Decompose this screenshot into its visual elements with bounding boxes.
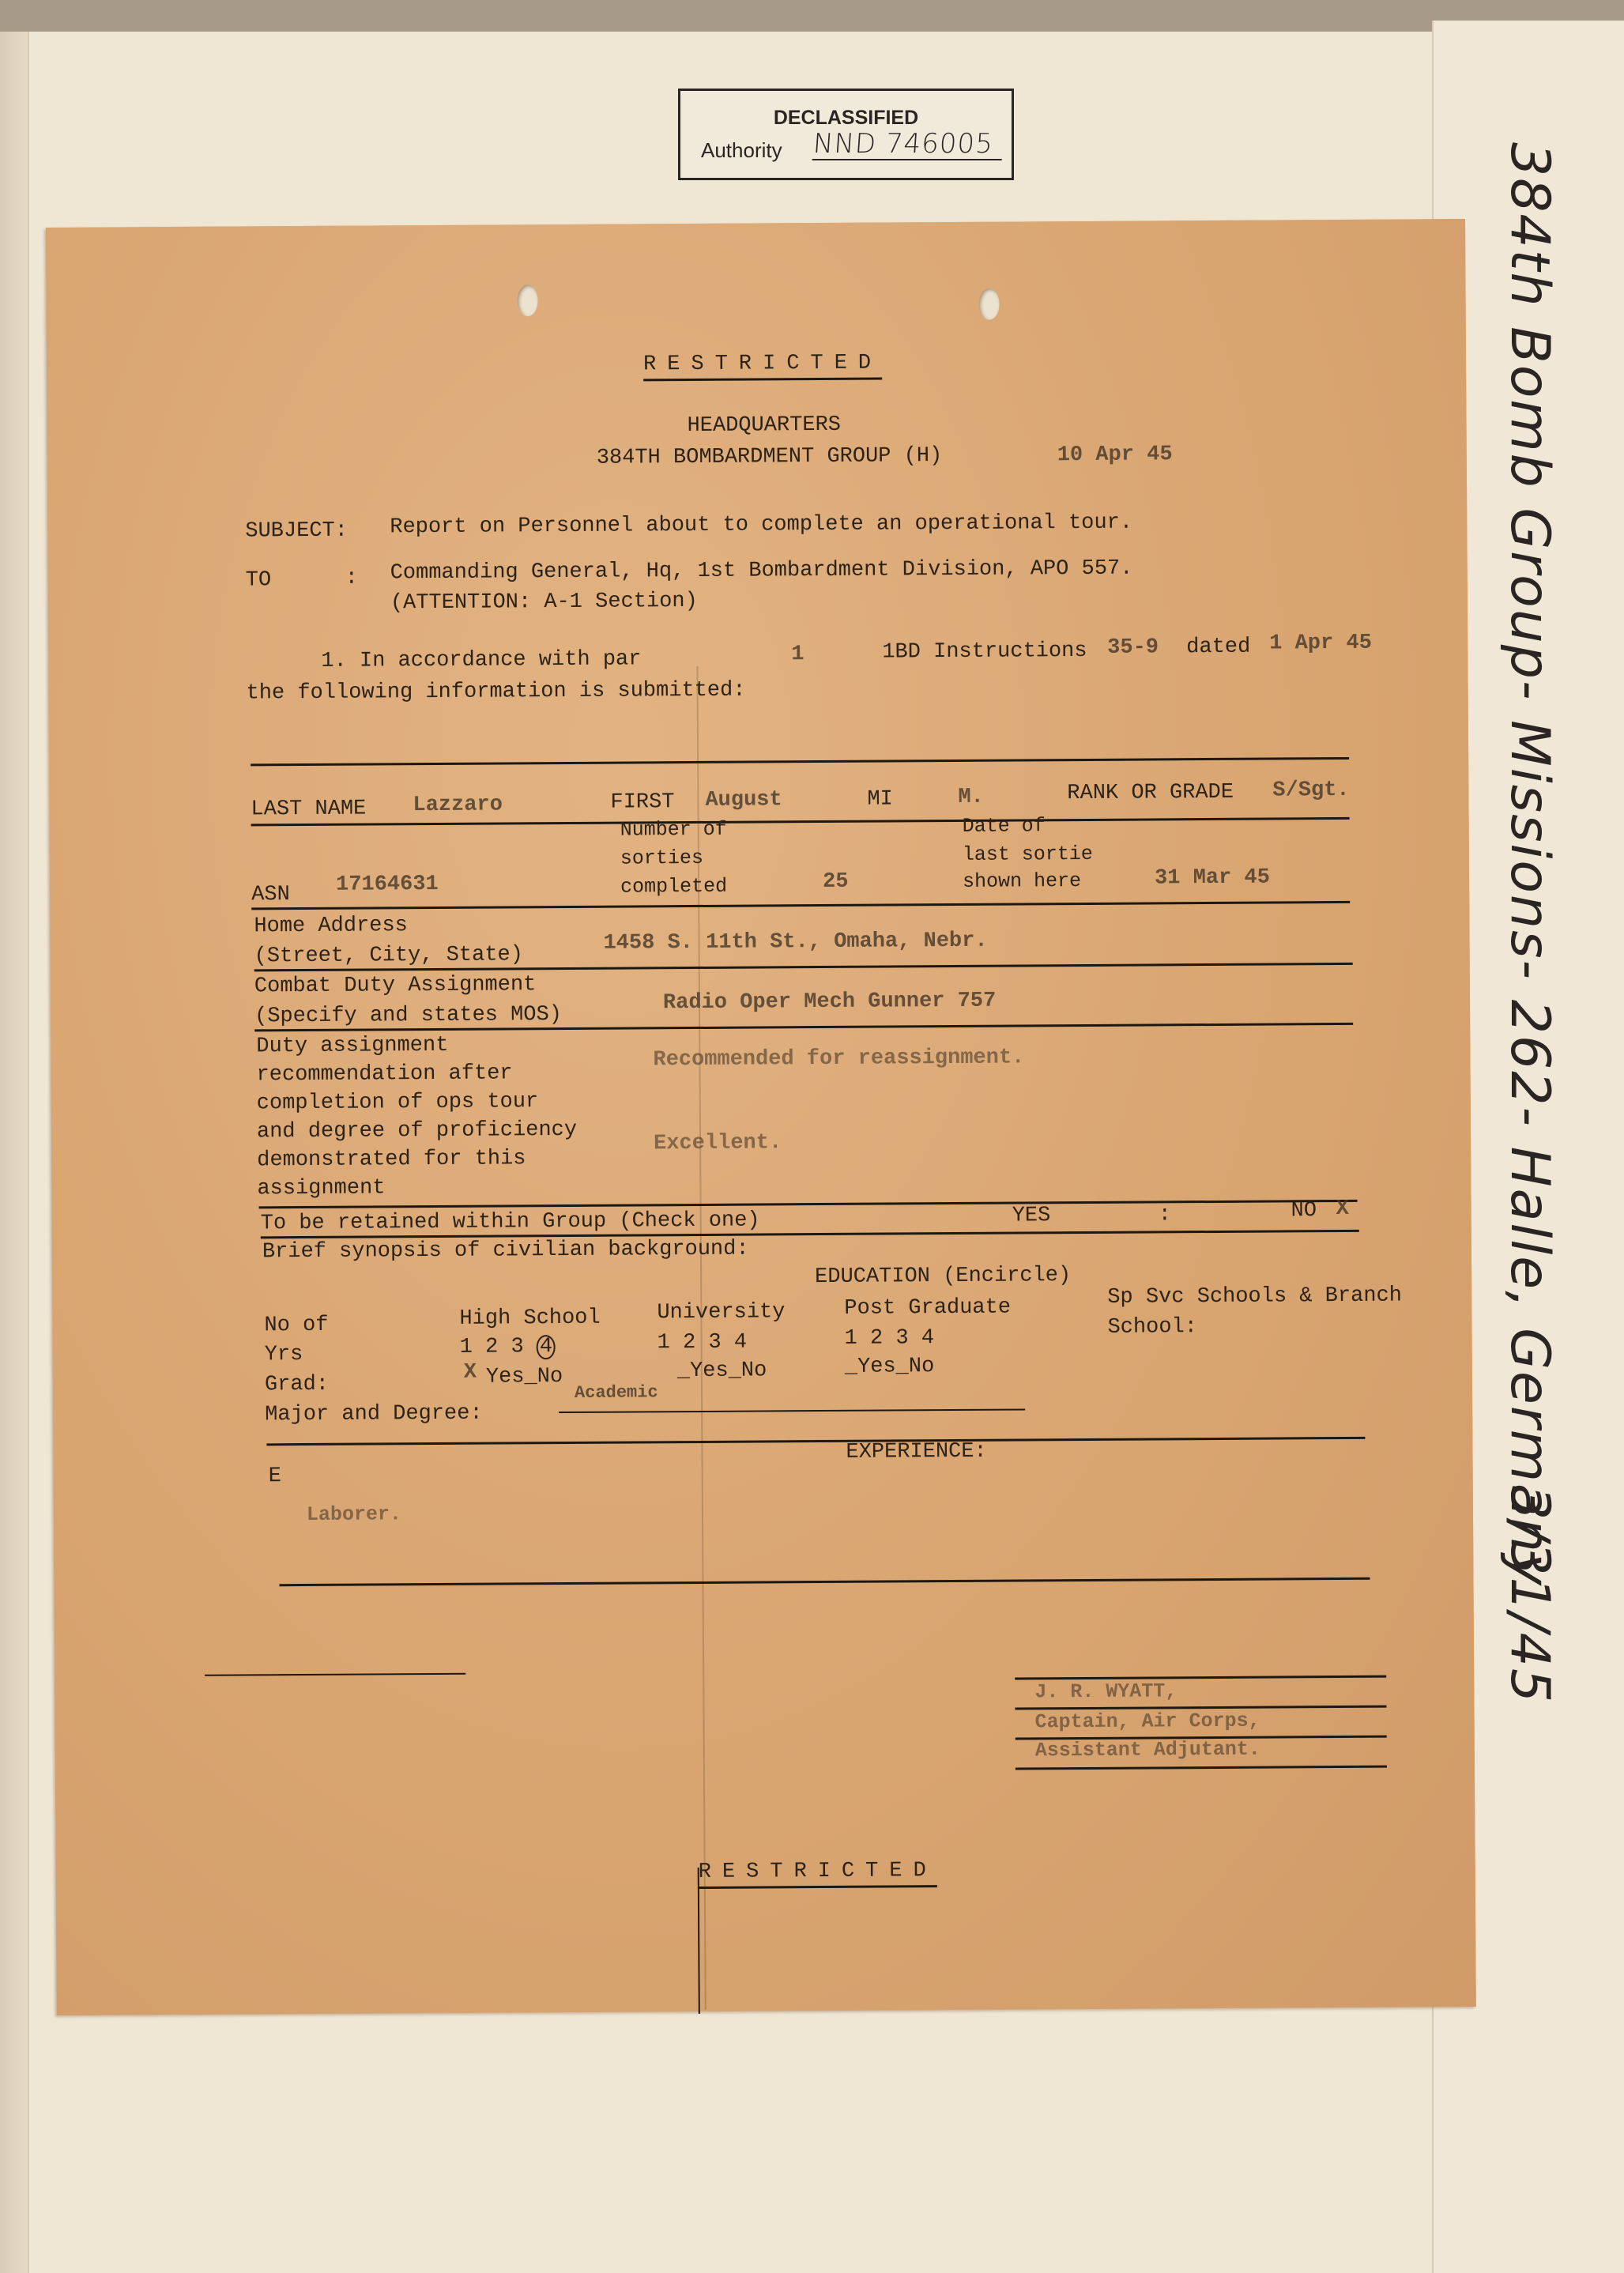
experience-e-marker: E xyxy=(269,1464,281,1489)
retained-no: NO xyxy=(1291,1198,1317,1224)
university-grad: _Yes_No xyxy=(677,1358,767,1384)
sorties-label-1: Number of xyxy=(620,818,727,842)
high-school-grad: Yes_No xyxy=(486,1364,563,1390)
major-underline xyxy=(559,1408,1025,1413)
civilian-background-label: Brief synopsis of civilian background: xyxy=(262,1237,749,1265)
experience-value: Laborer. xyxy=(307,1502,401,1527)
signature-line xyxy=(1015,1766,1387,1770)
duty-label-3: completion of ops tour xyxy=(257,1089,539,1117)
subject-label: SUBJECT: xyxy=(245,518,348,545)
para1-par-number: 1 xyxy=(791,642,804,667)
divider xyxy=(251,817,1350,826)
duty-label-6: assignment xyxy=(257,1175,385,1201)
combat-duty-label-2: (Specify and states MOS) xyxy=(254,1002,562,1030)
para1-instructions: 1BD Instructions xyxy=(882,639,1087,665)
header-line1: HEADQUARTERS xyxy=(687,413,841,439)
to-line1: Commanding General, Hq, 1st Bombardment … xyxy=(390,556,1133,586)
signature-name: J. R. WYATT, xyxy=(1034,1679,1177,1704)
classification-top: RESTRICTED xyxy=(643,351,882,382)
university-years: 1 2 3 4 xyxy=(658,1330,748,1356)
fold-crease xyxy=(698,1868,700,2014)
para1-dated-label: dated xyxy=(1186,635,1250,661)
duty-label-4: and degree of proficiency xyxy=(257,1118,577,1145)
last-name-value: Lazzaro xyxy=(413,792,503,818)
hs-year-4-circled: 4 xyxy=(537,1335,556,1359)
stamp-authority-value: NND 746005 xyxy=(812,129,1004,160)
sorties-label-2: sorties xyxy=(620,846,703,871)
high-school-grad-mark: X xyxy=(464,1360,477,1385)
hs-year-3: 3 xyxy=(511,1335,523,1359)
experience-label: EXPERIENCE: xyxy=(846,1439,986,1465)
mi-value: M. xyxy=(958,785,984,811)
para1-text: 1. In accordance with par xyxy=(321,646,641,674)
home-address-label-2: (Street, City, State) xyxy=(254,942,523,969)
divider xyxy=(266,1437,1365,1446)
duty-label-2: recommendation after xyxy=(256,1061,512,1087)
to-label: TO xyxy=(246,567,272,594)
university-label: University xyxy=(657,1299,785,1325)
high-school-label: High School xyxy=(459,1306,600,1332)
retained-no-check-mark: X xyxy=(1336,1197,1349,1222)
post-graduate-label: Post Graduate xyxy=(844,1295,1011,1322)
yrs-label: Yrs xyxy=(265,1342,303,1368)
combat-duty-value: Radio Oper Mech Gunner 757 xyxy=(663,989,996,1016)
sp-svc-label-1: Sp Svc Schools & Branch xyxy=(1107,1284,1402,1311)
last-sortie-value: 31 Mar 45 xyxy=(1155,865,1270,891)
last-name-label: LAST NAME xyxy=(251,797,366,823)
duty-label-5: demonstrated for this xyxy=(257,1146,526,1173)
signature-title: Assistant Adjutant. xyxy=(1035,1738,1260,1763)
signature-rank: Captain, Air Corps, xyxy=(1034,1709,1260,1735)
hs-year-1: 1 xyxy=(460,1336,473,1359)
to-line2: (ATTENTION: A-1 Section) xyxy=(390,589,698,616)
declassified-stamp: DECLASSIFIED Authority NND 746005 xyxy=(678,89,1014,180)
last-sortie-label-2: last sortie xyxy=(963,842,1093,867)
sorties-value: 25 xyxy=(823,869,849,895)
proficiency-value: Excellent. xyxy=(654,1130,782,1156)
home-address-value: 1458 S. 11th St., Omaha, Nebr. xyxy=(603,929,987,956)
high-school-years: 1 2 3 4 xyxy=(460,1334,556,1360)
first-name-label: FIRST xyxy=(610,790,674,816)
mi-label: MI xyxy=(867,786,893,812)
divider xyxy=(251,757,1349,766)
classification-bottom: RESTRICTED xyxy=(699,1858,937,1889)
margin-note-text: 384th Bomb Group- Missions- 262- Halle, … xyxy=(1498,142,1561,1587)
combat-duty-label-1: Combat Duty Assignment xyxy=(254,972,537,1000)
rank-label: RANK OR GRADE xyxy=(1067,780,1234,807)
hs-year-2: 2 xyxy=(485,1336,498,1359)
sorties-label-3: completed xyxy=(620,875,727,899)
asn-value: 17164631 xyxy=(336,872,439,898)
last-sortie-label-3: shown here xyxy=(963,869,1081,894)
home-address-label-1: Home Address xyxy=(254,913,408,940)
memo-date: 10 Apr 45 xyxy=(1057,442,1173,468)
page-stack-edge xyxy=(0,32,30,2273)
rank-value: S/Sgt. xyxy=(1272,778,1349,804)
post-graduate-grad: _Yes_No xyxy=(845,1354,935,1380)
folder-edge xyxy=(0,0,1624,32)
retained-label: To be retained within Group (Check one) xyxy=(261,1208,760,1237)
divider xyxy=(259,1200,1358,1208)
duty-label-1: Duty assignment xyxy=(256,1033,448,1060)
last-sortie-label-1: Date of xyxy=(963,814,1046,839)
divider xyxy=(251,901,1350,910)
retained-yes: YES xyxy=(1012,1203,1051,1229)
divider xyxy=(279,1578,1370,1586)
para1-instruction-number: 35-9 xyxy=(1107,635,1159,661)
header-line2: 384TH BOMBARDMENT GROUP (H) xyxy=(597,443,943,471)
stamp-title: DECLASSIFIED xyxy=(680,107,1012,130)
sp-svc-label-2: School: xyxy=(1107,1314,1197,1340)
subject-text: Report on Personnel about to complete an… xyxy=(390,511,1132,541)
no-of-label: No of xyxy=(264,1313,328,1339)
para1-line2: the following information is submitted: xyxy=(247,678,746,707)
retained-separator: : xyxy=(1159,1202,1171,1227)
education-label: EDUCATION (Encircle) xyxy=(815,1263,1071,1290)
major-degree-value: Academic xyxy=(575,1382,658,1404)
to-colon: : xyxy=(345,566,358,591)
duty-recommendation-value: Recommended for reassignment. xyxy=(653,1045,1024,1072)
personnel-report-form: RESTRICTED HEADQUARTERS 384TH BOMBARDMEN… xyxy=(46,219,1476,2015)
divider xyxy=(205,1673,465,1676)
margin-note-date: 3/31/45 xyxy=(1498,1486,1561,1704)
stamp-authority-label: Authority xyxy=(701,138,782,163)
para1-dated-value: 1 Apr 45 xyxy=(1269,631,1372,657)
punch-hole xyxy=(978,288,999,320)
first-name-value: August xyxy=(705,787,782,813)
post-graduate-years: 1 2 3 4 xyxy=(845,1325,935,1351)
major-degree-label: Major and Degree: xyxy=(265,1401,483,1428)
asn-label: ASN xyxy=(251,882,290,908)
punch-hole xyxy=(517,285,537,316)
signature-line xyxy=(1015,1676,1386,1680)
grad-label: Grad: xyxy=(265,1372,329,1398)
